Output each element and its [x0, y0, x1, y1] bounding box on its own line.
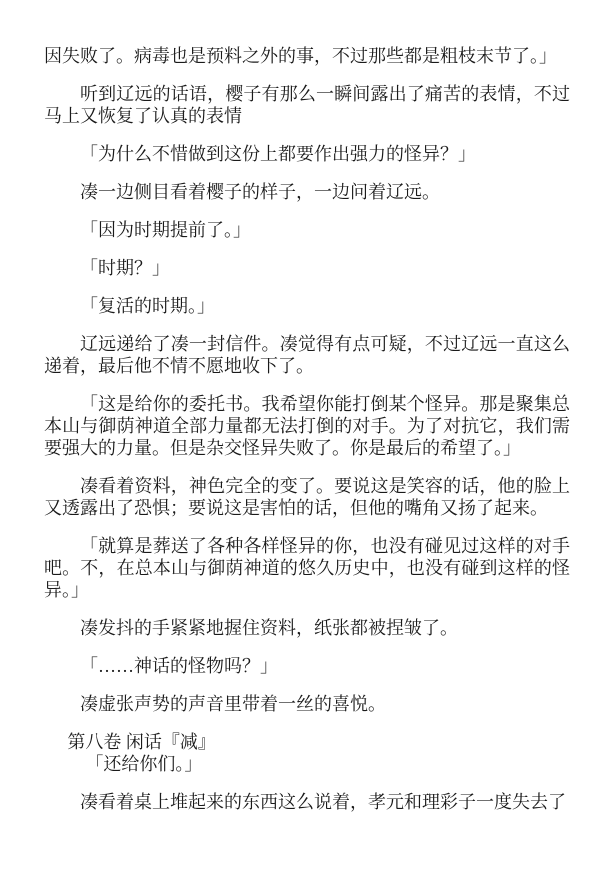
- paragraph: 「时期？」: [44, 257, 570, 279]
- paragraph: 「就算是葬送了各种各样怪异的你，也没有碰见过这样的对手吧。不，在总本山与御荫神道…: [44, 535, 570, 601]
- paragraph: 因失败了。病毒也是预料之外的事，不过那些都是粗枝末节了。」: [44, 45, 570, 67]
- paragraph: 凑看着资料，神色完全的变了。要说这是笑容的话，他的脸上又透露出了恐惧；要说这是害…: [44, 475, 570, 519]
- paragraph: 「……神话的怪物吗？」: [44, 655, 570, 677]
- paragraph: 「因为时期提前了。」: [44, 219, 570, 241]
- paragraph: 凑一边侧目看着樱子的样子，一边问着辽远。: [44, 181, 570, 203]
- text-block: 因失败了。病毒也是预料之外的事，不过那些都是粗枝末节了。」 听到辽远的话语，樱子…: [44, 45, 570, 813]
- paragraph: 「复活的时期。」: [44, 295, 570, 317]
- paragraph: 凑发抖的手紧紧地握住资料，纸张都被捏皱了。: [44, 617, 570, 639]
- paragraph: 「为什么不惜做到这份上都要作出强力的怪异？」: [44, 143, 570, 165]
- volume-heading: 第八卷 闲话『减』: [44, 731, 570, 753]
- document-page: 因失败了。病毒也是预料之外的事，不过那些都是粗枝末节了。」 听到辽远的话语，樱子…: [0, 0, 613, 869]
- volume-heading-dialogue: 「还给你们。」: [44, 753, 570, 775]
- volume-heading-block: 第八卷 闲话『减』 「还给你们。」: [44, 731, 570, 775]
- paragraph: 「这是给你的委托书。我希望你能打倒某个怪异。那是聚集总本山与御荫神道全部力量都无…: [44, 393, 570, 459]
- paragraph: 辽远递给了凑一封信件。凑觉得有点可疑，不过辽远一直这么递着，最后他不情不愿地收下…: [44, 333, 570, 377]
- paragraph: 凑虚张声势的声音里带着一丝的喜悦。: [44, 693, 570, 715]
- paragraph: 听到辽远的话语，樱子有那么一瞬间露出了痛苦的表情，不过马上又恢复了认真的表情: [44, 83, 570, 127]
- paragraph: 凑看着桌上堆起来的东西这么说着，孝元和理彩子一度失去了: [44, 791, 570, 813]
